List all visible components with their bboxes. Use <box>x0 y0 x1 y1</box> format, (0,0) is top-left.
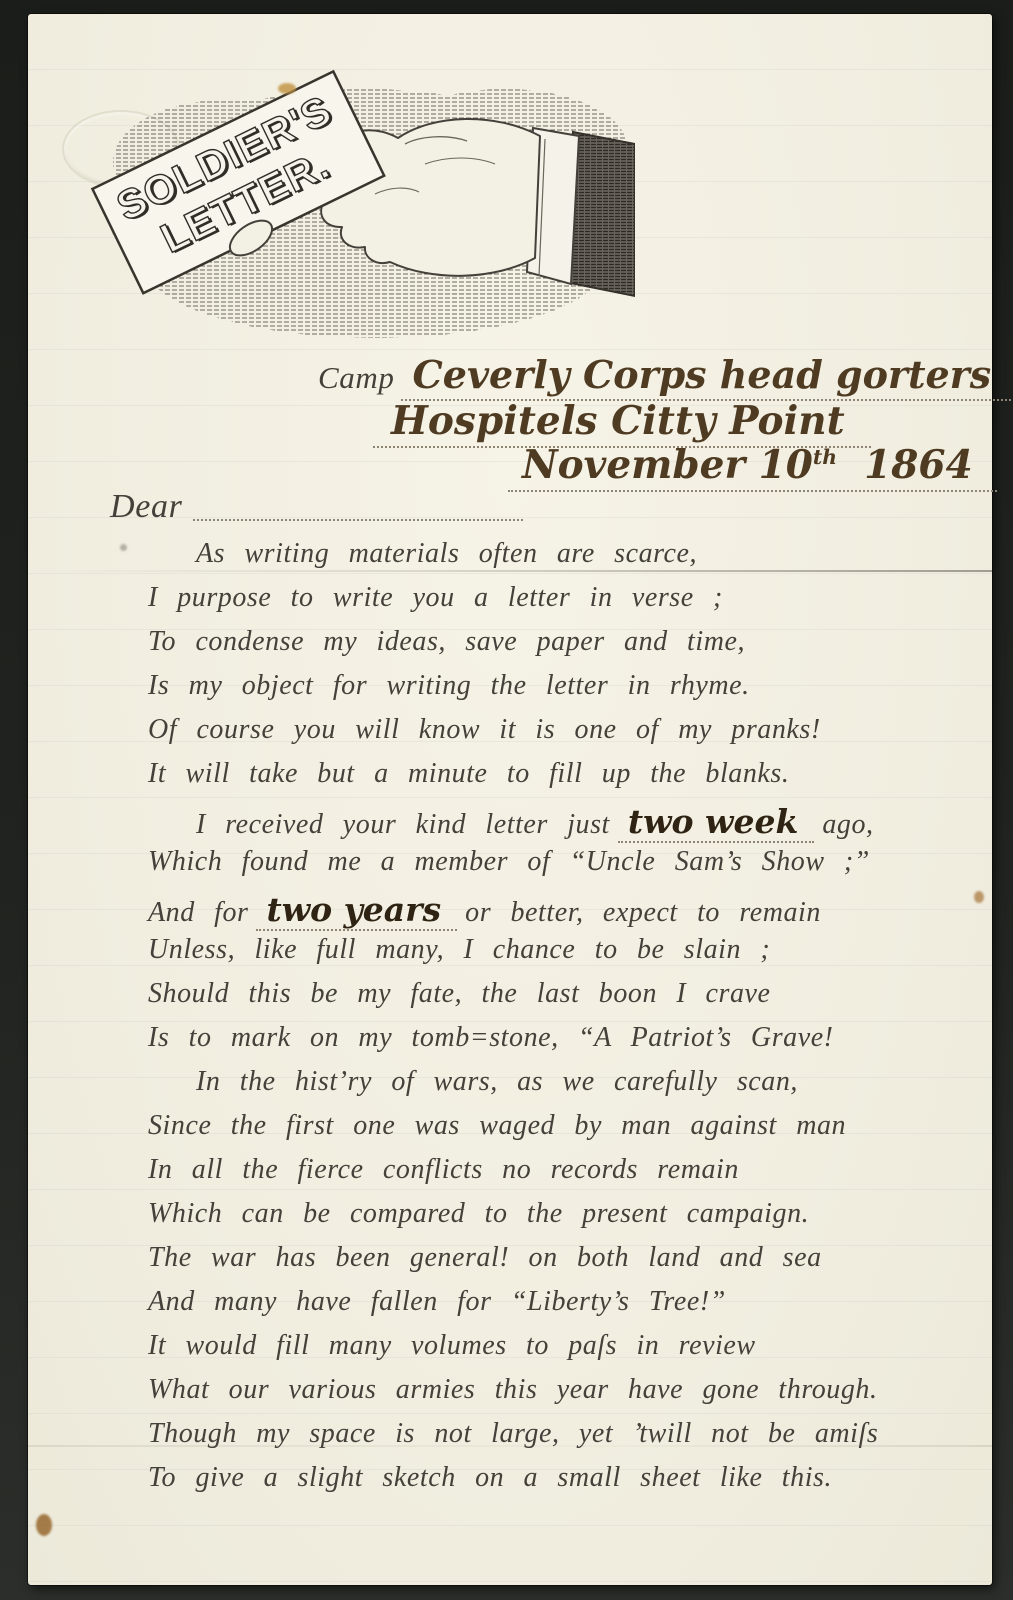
camp-handwritten: Ceverly Corps head gorters <box>401 352 1012 401</box>
verse-line: To give a slight sketch on a small sheet… <box>148 1462 937 1506</box>
foxing-spot <box>278 83 296 94</box>
verse-line: Is to mark on my tomb=stone, “A Patriot’… <box>148 1022 937 1066</box>
verse-line: And fortwo yearsor better, expect to rem… <box>148 890 937 934</box>
verse-line: The war has been general! on both land a… <box>148 1242 937 1286</box>
verse-line: In the hist’ry of wars, as we carefully … <box>148 1066 937 1110</box>
verse-line: In all the fierce conflicts no records r… <box>148 1154 937 1198</box>
verse-line: Which found me a member of “Uncle Sam’s … <box>148 846 937 890</box>
salutation-line: Dear <box>110 488 523 526</box>
verse-line: It would fill many volumes to paſs in re… <box>148 1330 937 1374</box>
date-handwritten: November 10th 1864 <box>508 442 997 492</box>
verse-line: Of course you will know it is one of my … <box>148 714 937 758</box>
dear-label: Dear <box>110 488 183 525</box>
verse-body: As writing materials often are scarce, I… <box>148 538 937 1506</box>
verse-line: Though my space is not large, yet ’twill… <box>148 1418 937 1462</box>
verse-line: Is my object for writing the letter in r… <box>148 670 937 714</box>
verse-line: Should this be my fate, the last boon I … <box>148 978 937 1022</box>
letter-paper: SOLDIER'S LETTER. SOLDIER'S LETTER. Camp… <box>28 14 992 1585</box>
camp-line: CampCeverly Corps head gorters <box>318 352 1011 397</box>
foxing-spot <box>120 544 127 551</box>
foxing-spot <box>36 1514 52 1536</box>
handwritten-fill: two week <box>618 802 814 843</box>
verse-line: Unless, like full many, I chance to be s… <box>148 934 937 978</box>
verse-line: And many have fallen for “Liberty’s Tree… <box>148 1286 937 1330</box>
place-line: Hospitels Citty Point <box>373 398 871 444</box>
place-handwritten: Hospitels Citty Point <box>373 398 871 448</box>
letterhead-engraving: SOLDIER'S LETTER. SOLDIER'S LETTER. <box>75 44 635 344</box>
scan-backdrop: SOLDIER'S LETTER. SOLDIER'S LETTER. Camp… <box>0 0 1013 1600</box>
handwritten-fill: two years <box>256 890 457 931</box>
verse-line: Since the first one was waged by man aga… <box>148 1110 937 1154</box>
verse-line: To condense my ideas, save paper and tim… <box>148 626 937 670</box>
recipient-blank <box>193 519 523 521</box>
sleeve-illustration <box>527 128 635 296</box>
verse-line: Which can be compared to the present cam… <box>148 1198 937 1242</box>
verse-line: What our various armies this year have g… <box>148 1374 937 1418</box>
verse-line: As writing materials often are scarce, <box>148 538 937 582</box>
foxing-spot <box>974 891 984 903</box>
verse-line: It will take but a minute to fill up the… <box>148 758 937 802</box>
date-line: November 10th 1864 <box>508 442 997 488</box>
camp-label: Camp <box>318 360 395 395</box>
verse-line: I purpose to write you a letter in verse… <box>148 582 937 626</box>
verse-line: I received your kind letter justtwo week… <box>148 802 937 846</box>
